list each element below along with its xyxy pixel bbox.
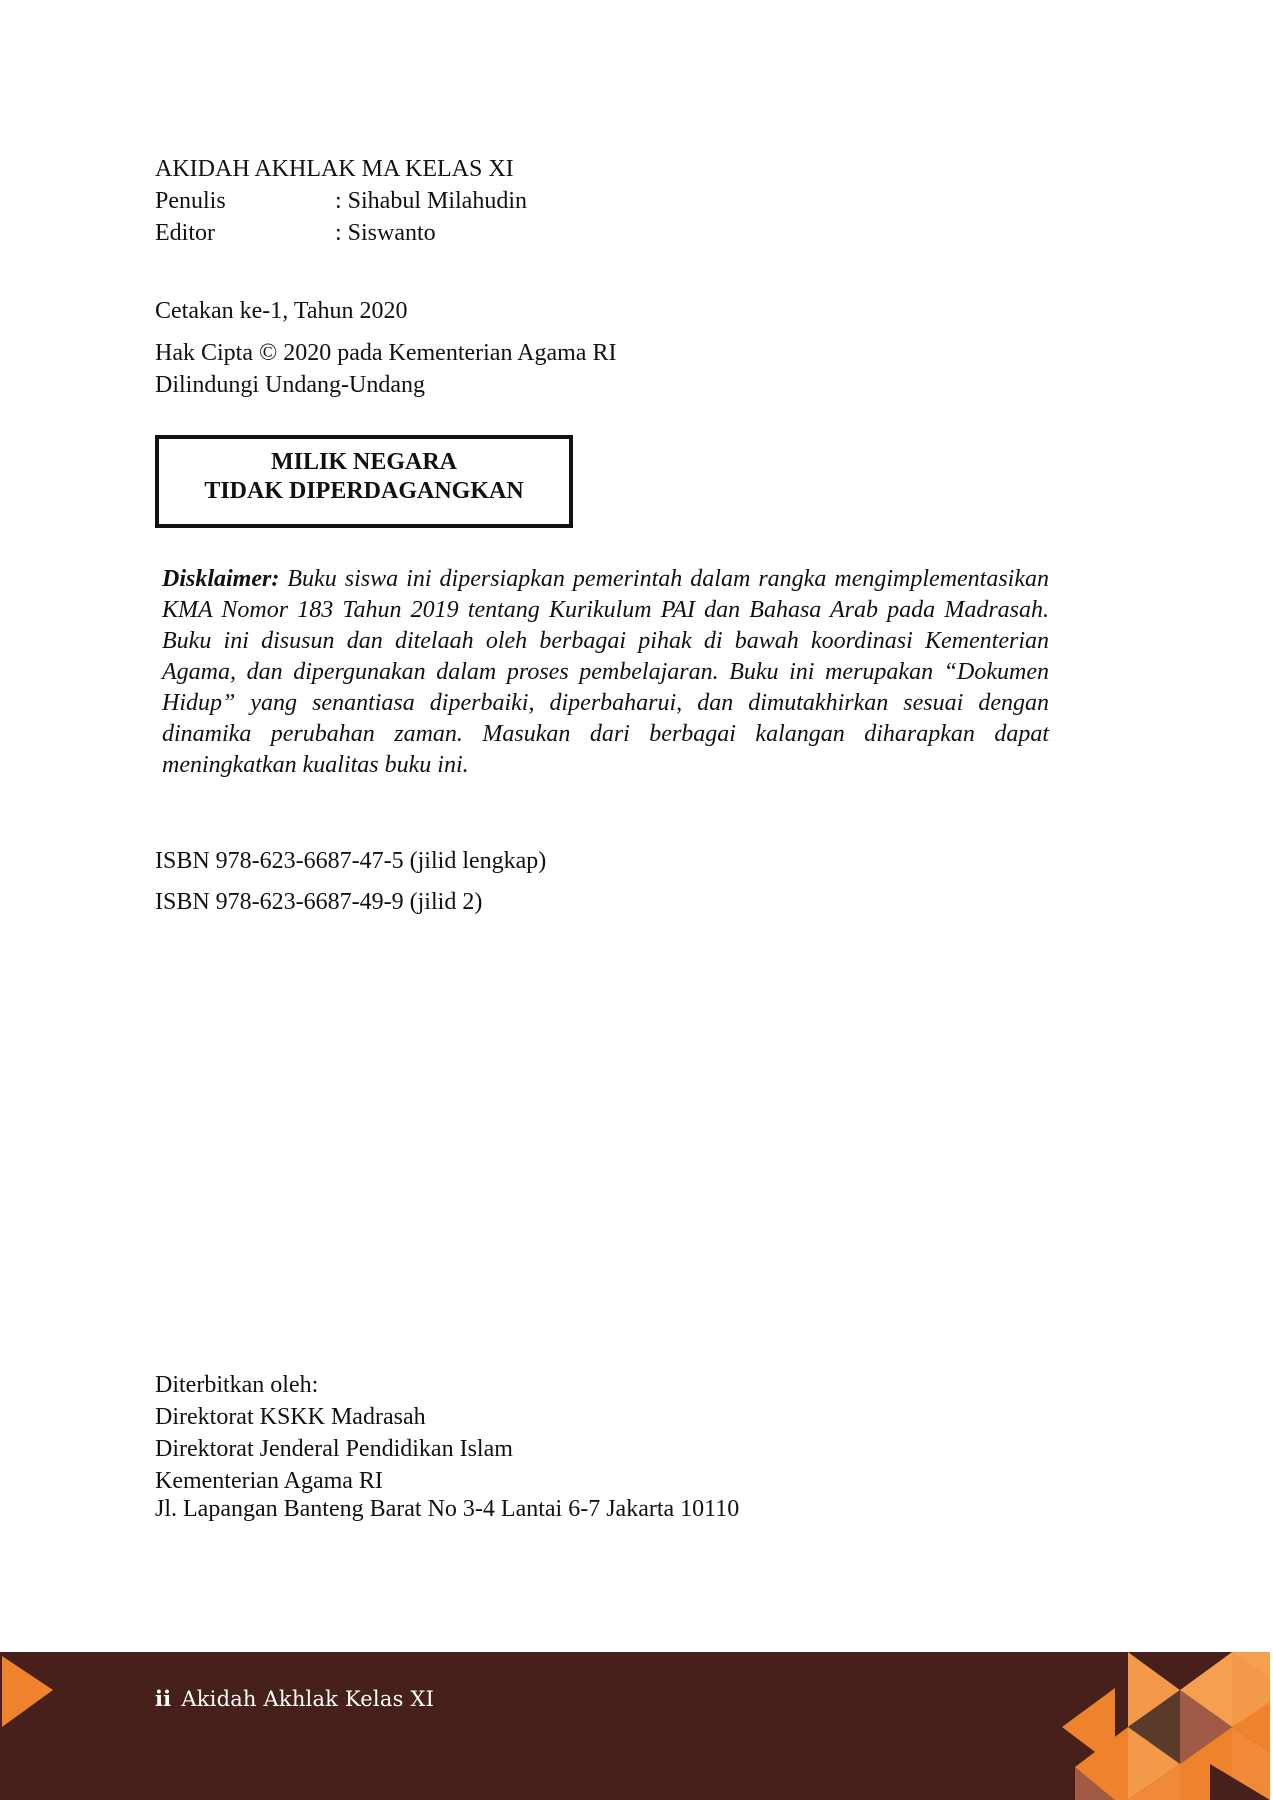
copyright-line: Hak Cipta © 2020 pada Kementerian Agama … [155, 338, 616, 368]
running-title: Akidah Akhlak Kelas XI [181, 1687, 434, 1711]
notice-line-2: TIDAK DIPERDAGANGKAN [159, 477, 569, 506]
credit-editor-value: : Siswanto [335, 220, 436, 246]
edition-info: Cetakan ke-1, Tahun 2020 [155, 296, 407, 326]
credit-editor: Editor: Siswanto [155, 218, 436, 248]
copyright-page: AKIDAH AKHLAK MA KELAS XI Penulis: Sihab… [0, 0, 1273, 1800]
isbn-volume-2: ISBN 978-623-6687-49-9 (jilid 2) [155, 887, 482, 917]
page-number: ii [155, 1686, 171, 1711]
publisher-address: Jl. Lapangan Banteng Barat No 3-4 Lantai… [155, 1494, 739, 1524]
credit-author-label: Penulis [155, 186, 335, 216]
publisher-line: Kementerian Agama RI [155, 1466, 383, 1496]
geometric-triangles-decoration [1060, 1652, 1270, 1800]
arrow-triangle-icon [0, 1652, 60, 1800]
notice-line-1: MILIK NEGARA [159, 448, 569, 477]
disclaimer-lead: Disklaimer: [162, 566, 279, 592]
page-footer-band: iiAkidah Akhlak Kelas XI [0, 1652, 1270, 1800]
isbn-complete-set: ISBN 978-623-6687-47-5 (jilid lengkap) [155, 846, 546, 876]
publisher-heading: Diterbitkan oleh: [155, 1370, 318, 1400]
credit-author: Penulis: Sihabul Milahudin [155, 186, 527, 216]
publisher-line: Direktorat Jenderal Pendidikan Islam [155, 1434, 513, 1464]
book-title: AKIDAH AKHLAK MA KELAS XI [155, 154, 514, 184]
state-property-notice: MILIK NEGARA TIDAK DIPERDAGANGKAN [155, 435, 573, 528]
disclaimer-text: Buku siswa ini dipersiapkan pemerintah d… [162, 566, 1049, 778]
disclaimer-paragraph: Disklaimer: Buku siswa ini dipersiapkan … [162, 564, 1049, 781]
credit-editor-label: Editor [155, 218, 335, 248]
credit-author-value: : Sihabul Milahudin [335, 188, 527, 214]
running-footer: iiAkidah Akhlak Kelas XI [155, 1686, 434, 1712]
publisher-line: Direktorat KSKK Madrasah [155, 1402, 426, 1432]
legal-protection: Dilindungi Undang-Undang [155, 370, 425, 400]
